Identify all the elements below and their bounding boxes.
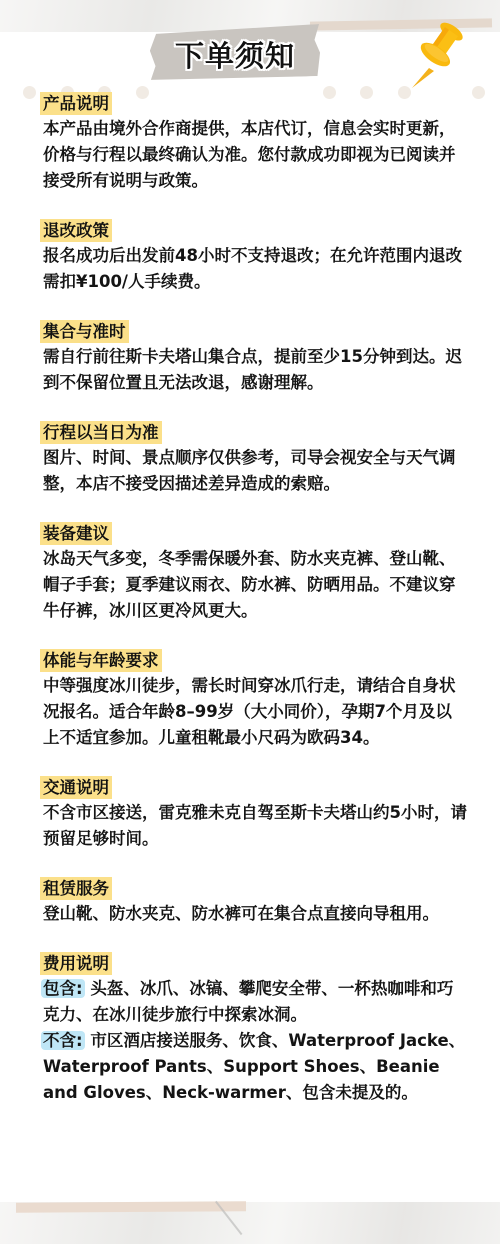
section-heading: 集合与准时 xyxy=(40,320,129,343)
section-body: 冰岛天气多变，冬季需保暖外套、防水夹克裤、登山靴、帽子手套；夏季建议雨衣、防水裤… xyxy=(43,546,468,624)
dot-icon xyxy=(472,86,485,99)
section-heading: 装备建议 xyxy=(40,522,112,545)
section-heading: 交通说明 xyxy=(40,776,112,799)
section-heading: 退改政策 xyxy=(40,219,112,242)
section-meeting: 集合与准时 需自行前往斯卡夫塔山集合点，提前至少15分钟到达。迟到不保留位置且无… xyxy=(43,320,468,396)
section-body: 报名成功后出发前48小时不支持退改；在允许范围内退改需扣¥100/人手续费。 xyxy=(43,243,468,295)
included-text: 头盔、冰爪、冰镐、攀爬安全带、一杯热咖啡和巧克力、在冰川徒步旅行中探索冰洞。 xyxy=(43,979,453,1024)
section-body: 中等强度冰川徒步，需长时间穿冰爪行走，请结合自身状况报名。适合年龄8–99岁（大… xyxy=(43,673,468,751)
excluded-tag: 不含: xyxy=(41,1031,85,1050)
section-heading: 租赁服务 xyxy=(40,877,112,900)
section-gear: 装备建议 冰岛天气多变，冬季需保暖外套、防水夹克裤、登山靴、帽子手套；夏季建议雨… xyxy=(43,522,468,624)
paper-fold xyxy=(16,1201,246,1213)
section-heading: 费用说明 xyxy=(40,952,112,975)
dot-icon xyxy=(23,86,36,99)
section-heading: 行程以当日为准 xyxy=(40,421,162,444)
section-refund: 退改政策 报名成功后出发前48小时不支持退改；在允许范围内退改需扣¥100/人手… xyxy=(43,219,468,295)
section-heading: 体能与年龄要求 xyxy=(40,649,162,672)
section-fees: 费用说明 包含: 头盔、冰爪、冰镐、攀爬安全带、一杯热咖啡和巧克力、在冰川徒步旅… xyxy=(43,952,468,1106)
section-itinerary: 行程以当日为准 图片、时间、景点顺序仅供参考，司导会视安全与天气调整，本店不接受… xyxy=(43,421,468,497)
page-title: 下单须知 xyxy=(150,30,320,78)
section-body: 本产品由境外合作商提供，本店代订，信息会实时更新，价格与行程以最终确认为准。您付… xyxy=(43,116,468,194)
section-transport: 交通说明 不含市区接送，雷克雅未克自驾至斯卡夫塔山约5小时，请预留足够时间。 xyxy=(43,776,468,852)
included-tag: 包含: xyxy=(41,979,85,998)
pushpin-icon xyxy=(405,16,465,90)
section-product: 产品说明 本产品由境外合作商提供，本店代订，信息会实时更新，价格与行程以最终确认… xyxy=(43,92,468,194)
paper-texture-bottom xyxy=(0,1202,500,1244)
section-body: 图片、时间、景点顺序仅供参考，司导会视安全与天气调整，本店不接受因描述差异造成的… xyxy=(43,445,468,497)
section-body: 需自行前往斯卡夫塔山集合点，提前至少15分钟到达。迟到不保留位置且无法改退，感谢… xyxy=(43,344,468,396)
section-fitness: 体能与年龄要求 中等强度冰川徒步，需长时间穿冰爪行走，请结合自身状况报名。适合年… xyxy=(43,649,468,751)
fees-included: 包含: 头盔、冰爪、冰镐、攀爬安全带、一杯热咖啡和巧克力、在冰川徒步旅行中探索冰… xyxy=(43,976,468,1028)
section-body: 不含市区接送，雷克雅未克自驾至斯卡夫塔山约5小时，请预留足够时间。 xyxy=(43,800,468,852)
fees-excluded: 不含: 市区酒店接送服务、饮食、Waterproof Jacke、Waterpr… xyxy=(43,1028,468,1106)
notice-content: 产品说明 本产品由境外合作商提供，本店代订，信息会实时更新，价格与行程以最终确认… xyxy=(43,92,468,1131)
section-body: 登山靴、防水夹克、防水裤可在集合点直接向导租用。 xyxy=(43,901,468,927)
section-rental: 租赁服务 登山靴、防水夹克、防水裤可在集合点直接向导租用。 xyxy=(43,877,468,927)
excluded-text: 市区酒店接送服务、饮食、Waterproof Jacke、Waterproof … xyxy=(43,1031,465,1102)
section-heading: 产品说明 xyxy=(40,92,112,115)
